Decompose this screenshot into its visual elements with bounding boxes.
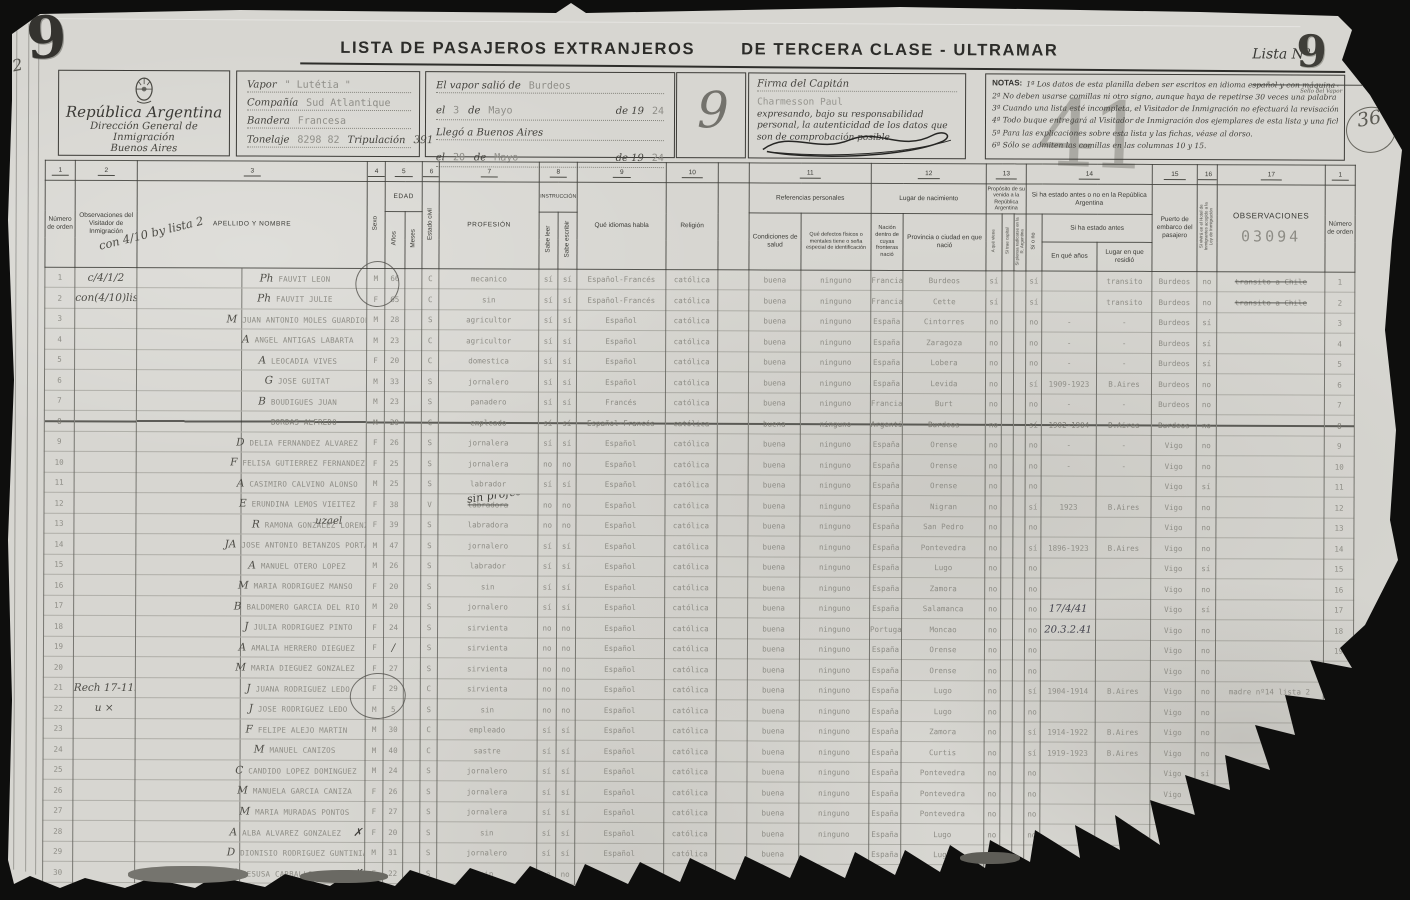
cell: España [871,352,903,373]
cell: no [986,353,1002,374]
cell: Español [576,536,665,557]
cell: sí [986,291,1002,312]
cell: España [870,434,902,455]
cell [73,636,135,657]
cell: sí [539,310,558,331]
cell: España [869,844,901,865]
cell: 27 [383,801,403,822]
cell: sí [537,843,556,864]
cell: 22 [43,698,73,719]
cell: 19 [43,636,73,657]
cell [73,739,135,760]
cell: Lugo [901,701,984,722]
cell: católica [664,638,716,659]
cell: Burdeos [1152,333,1197,354]
cell: sí [557,371,576,392]
cell: 27 [1323,805,1353,826]
cell [1095,702,1150,723]
cell [1001,455,1013,476]
cell: Nigran [902,496,985,517]
cell [1000,701,1012,722]
cell: Portugal [870,619,902,640]
header-estado-civil: Estado civil [422,182,439,269]
cell: ninguno [799,680,869,701]
cell: Español [576,433,665,454]
cell: 6 [44,370,74,391]
cell: 12 [44,493,74,514]
tonelaje-label: Tonelaje [247,134,289,145]
header-idiomas: Qué idiomas habla [577,182,666,269]
cell [1095,845,1150,866]
cell: buena [748,454,800,475]
cell: no [1195,702,1215,723]
cell: católica [665,372,717,393]
cell [1000,742,1012,763]
cell: S [421,555,438,576]
cell: M [366,391,384,412]
cell: ninguno [799,782,869,803]
cell: Vigo [1150,722,1195,743]
cell: no [1195,681,1215,702]
cell [1000,681,1012,702]
cell: no [984,660,1000,681]
cell [1000,783,1012,804]
cell: 1909-1923 [1041,373,1096,394]
vapor-value: " Lutétia " [285,80,351,91]
table-header: 1 2 3 4 5 6 7 8 9 10 11 12 13 1 [45,160,1355,272]
cell: Español [577,310,666,331]
cell: 5 [1325,354,1355,375]
cell: B.Aires [1096,538,1151,559]
cell: sí [557,576,576,597]
cell [1013,476,1025,497]
cell [1001,373,1013,394]
cell: católica [664,843,716,864]
cell: F [366,576,384,597]
cell [405,289,422,310]
cell: M [365,740,383,761]
cell: sí [557,433,576,454]
cell: buena [747,741,799,762]
cell: 2 [1325,292,1355,313]
cell: labrador [438,474,538,495]
cell: sí [558,310,577,331]
cell: Pontevedra [901,783,984,804]
title-part2: DE TERCERA CLASE - ULTRAMAR [741,40,1058,59]
header-proposito-a: A qué viene [986,214,1002,271]
cell [1012,722,1024,743]
cell: ninguno [800,413,870,434]
cell: Vigo [1151,517,1196,538]
cell: jornalero [437,843,537,864]
cell: ninguno [800,475,870,496]
cell [404,371,421,392]
cell: no [1025,394,1041,415]
cell [1001,394,1013,415]
cell: no [1197,292,1217,313]
cell [717,372,748,393]
cell: no [537,679,556,700]
cell: no [1195,722,1215,743]
cell: buena [748,413,800,434]
cell: Lugo [901,824,984,845]
salio-label: El vapor salió de [436,80,521,91]
cell: Burdeos [1152,271,1197,292]
cell: - [1097,312,1152,333]
cell [1013,435,1025,456]
cell: católica [666,290,718,311]
cell [74,554,136,575]
cell: buena [748,393,800,414]
cell: sí [557,535,576,556]
cell: F [366,432,384,453]
cell: panadero [438,392,538,413]
cell: 26 [384,555,404,576]
cell [716,659,747,680]
cell: JJOSE RODRIGUEZ LEDO [135,698,365,719]
cell [717,516,748,537]
cell: M [366,371,384,392]
cell: no [1026,332,1042,353]
cell: España [869,783,901,804]
cell: ninguno [799,639,869,660]
cell: B.Aires [1095,743,1150,764]
cell: no [985,517,1001,538]
cell: buena [748,372,800,393]
cell: católica [665,618,717,639]
cell: C [420,719,437,740]
cell: 24 [1323,743,1353,764]
cell [1216,395,1324,416]
cell [1096,579,1151,600]
cell: M [365,760,383,781]
cell: Francia [870,393,902,414]
compania-label: Compañía [247,97,298,108]
cell [404,514,421,535]
header-sabe-leer: Sabe leer [539,212,558,269]
cell: católica [665,474,717,495]
cell: Español [577,351,666,372]
cell: ninguno [801,331,871,352]
cell: jornalero [437,761,537,782]
cell: no [984,701,1000,722]
cell: M [365,842,383,863]
cell [717,393,748,414]
cell: sí [556,761,575,782]
cell: con(4/10)lis 2 [75,288,137,309]
cell: 13 [1324,518,1354,539]
cell: no [984,824,1000,845]
cell [1012,763,1024,784]
cell [404,535,421,556]
cell: 15 [1324,559,1354,580]
cell [716,823,747,844]
cell: 2 [45,288,75,309]
el-label: el [436,105,445,116]
cell [74,595,136,616]
cell [1216,600,1324,621]
cell [1012,804,1024,825]
cell: MMANUEL CANIZOS [135,739,365,760]
cell: C [422,330,439,351]
cell: católica [665,556,717,577]
cell [1095,784,1150,805]
cell: Vigo [1150,681,1195,702]
cell: 29 [384,412,404,433]
cell: M [365,719,383,740]
cell: católica [664,782,716,803]
cell: no [1196,620,1216,641]
header-nacion: Nación dentro de cuyas fronteras nació [871,213,903,270]
captain-signature-box: Firma del Capitán Charmesson Paul expres… [748,72,966,159]
cell: España [869,701,901,722]
cell: sí [538,556,557,577]
cell: Vigo [1150,702,1195,723]
cell: buena [748,495,800,516]
cell [1040,640,1095,661]
cell: buena [749,290,801,311]
cell: Vigo [1150,763,1195,784]
cell: no [1025,435,1041,456]
cell: no [985,435,1001,456]
header-sexo: Sexo [367,181,385,268]
cell: sí [537,781,556,802]
cell: F [366,494,384,515]
cell: 11 [1324,477,1354,498]
cell [1217,333,1325,354]
cell [1215,723,1323,744]
cell: ninguno [800,516,870,537]
cell [1096,517,1151,538]
cell: JAJOSE ANTONIO BETANZOS PORTAS [136,534,366,555]
cell [1040,660,1095,681]
cell: buena [747,823,799,844]
cell [1215,846,1323,867]
cell: labradorasin profesion [438,494,538,515]
cell: 13 [44,513,74,534]
cell: 4 [45,329,75,350]
header-instruccion-group: INSTRUCCIÓN [539,182,577,212]
cell: F [365,637,383,658]
cell: 4 [1325,333,1355,354]
cell: ninguno [799,823,869,844]
de-label: de [468,105,480,116]
cell [717,495,748,516]
cell: no [984,742,1000,763]
cell: 14 [44,534,74,555]
cell [1215,702,1323,723]
header-lugar-nacimiento-group: Lugar de nacimiento [871,183,986,213]
cell [1216,456,1324,477]
cell: no [1025,578,1041,599]
cell: no [1025,517,1041,538]
cell [1215,743,1323,764]
cell: Vigo [1151,538,1196,559]
cell [1000,865,1012,886]
cell: buena [748,577,800,598]
cell: sí [558,289,577,310]
cell: 1902-1904 [1041,414,1096,435]
cell [1040,783,1095,804]
cell: jornalera [438,433,538,454]
cell [1001,599,1013,620]
cell [718,270,749,291]
cell: C [420,740,437,761]
cell [74,493,136,514]
cell: 23 [385,330,405,351]
cell: Orense [902,455,985,476]
cell: España [870,578,902,599]
cell: Moncao [902,619,985,640]
cell: 24 [43,739,73,760]
cell: buena [747,680,799,701]
cell: sí [538,412,557,433]
cell: Español [575,843,664,864]
cell [1001,496,1013,517]
cell: M [366,473,384,494]
document-content: 9 2 LISTA DE PASAJEROS EXTRANJEROSDE TER… [0,0,1410,900]
cell: 20 [384,596,404,617]
cell: católica [664,741,716,762]
cell: Español [576,618,665,639]
cell: Cette [903,291,986,312]
cell: sí [1025,373,1041,394]
cell [1041,578,1096,599]
cell: S [420,760,437,781]
cell [404,576,421,597]
cell: buena [748,434,800,455]
cell: MJUAN ANTONIO MOLES GUARDIOLA [137,308,367,329]
cell [1013,455,1025,476]
cell: sí [539,289,558,310]
cell: Orense [901,639,984,660]
argentina-coat-of-arms-icon [131,75,157,105]
cell: Vigo [1150,743,1195,764]
cell: sirvienta [437,638,537,659]
cell: 17 [1324,600,1354,621]
cell [1000,824,1012,845]
nota-item: 6ª Sólo se admiten las comillas en las c… [992,139,1338,152]
cell: Burt [902,393,985,414]
cell: agricultor [439,330,539,351]
cell [1040,701,1095,722]
cell: S [421,514,438,535]
cell: Español [576,556,665,577]
cell: 1904-1914 [1040,681,1095,702]
cell [718,311,749,332]
header-proposito-b: Si trae capital [1002,214,1014,271]
cell: no [557,515,576,536]
salio-port: Burdeos [529,81,571,92]
cell: sí [558,330,577,351]
cell: buena [747,803,799,824]
cell [1042,271,1097,292]
cell: católica [664,761,716,782]
cell: sí [1197,312,1217,333]
cell: 17 [44,595,74,616]
cell [1095,825,1150,846]
cell: AMANUEL OTERO LOPEZ [136,554,366,575]
cell [405,268,422,289]
cell [1216,497,1324,518]
cell: Burdeos [1152,353,1197,374]
header-edad-group: EDAD [385,182,422,212]
cell: católica [664,659,716,680]
cell: buena [747,659,799,680]
cell: S [421,576,438,597]
cell: buena [749,352,801,373]
cell: 22 [1323,702,1353,723]
header-provincia: Provincia o ciudad en que nació [903,214,986,271]
cell: sí [538,392,557,413]
cell: 20 [383,822,403,843]
cell: ninguno [799,762,869,783]
cell: no [538,494,557,515]
cell: no [556,679,575,700]
cell: no [1196,435,1216,456]
cell: sí [1197,333,1217,354]
cell: S [420,658,437,679]
cell: B.Aires [1096,374,1151,395]
cell: Francia [871,291,903,312]
cell: Español [575,741,664,762]
cell: Español [576,577,665,598]
cell: Burdeos [903,270,986,291]
cell: Zamora [902,578,985,599]
cell [1216,477,1324,498]
cell: ninguno [799,741,869,762]
cell [404,453,421,474]
cell: no [1197,271,1217,292]
cell: Lugo [901,680,984,701]
cell: F [366,617,384,638]
cell: sí [1026,291,1042,312]
header-observaciones: OBSERVACIONES03094 [1217,185,1325,272]
cell [75,329,137,350]
cell: 5 [45,349,75,370]
cell: no [1024,701,1040,722]
cell: España [870,475,902,496]
lista-number-stamp: 9 [1296,27,1327,78]
cell [1013,517,1025,538]
cell: sí [537,720,556,741]
ship-info-box: Vapor" Lutétia " CompañíaSud Atlantique … [236,70,420,157]
header-proposito-group: Propósito de su venida a la República Ar… [986,184,1026,214]
cell: ninguno [800,393,870,414]
cell: S [421,453,438,474]
cell [1216,559,1324,580]
cell: BBALDOMERO GARCIA DEL RIO [136,595,366,616]
header-referencias-group: Referencias personales [749,183,871,213]
cell [1013,394,1025,415]
cell [73,800,135,821]
cell [403,801,420,822]
cell [403,781,420,802]
header-estado-antes-group: Si ha estado antes o no en la República … [1026,184,1152,214]
page-stack-edge [35,20,39,875]
cell: RRAMONA GONZALEZ LORENZOuzael [136,513,366,534]
cell [718,352,749,373]
cell: sí [986,271,1002,292]
cell: Español [575,782,664,803]
cell: MMARIA MURADAS PONTOS [135,800,365,821]
cell: 1 [45,267,75,288]
cell: Vigo [1151,599,1196,620]
cell [1216,538,1324,559]
cell: M [366,555,384,576]
cell [1000,763,1012,784]
cell: buena [748,557,800,578]
